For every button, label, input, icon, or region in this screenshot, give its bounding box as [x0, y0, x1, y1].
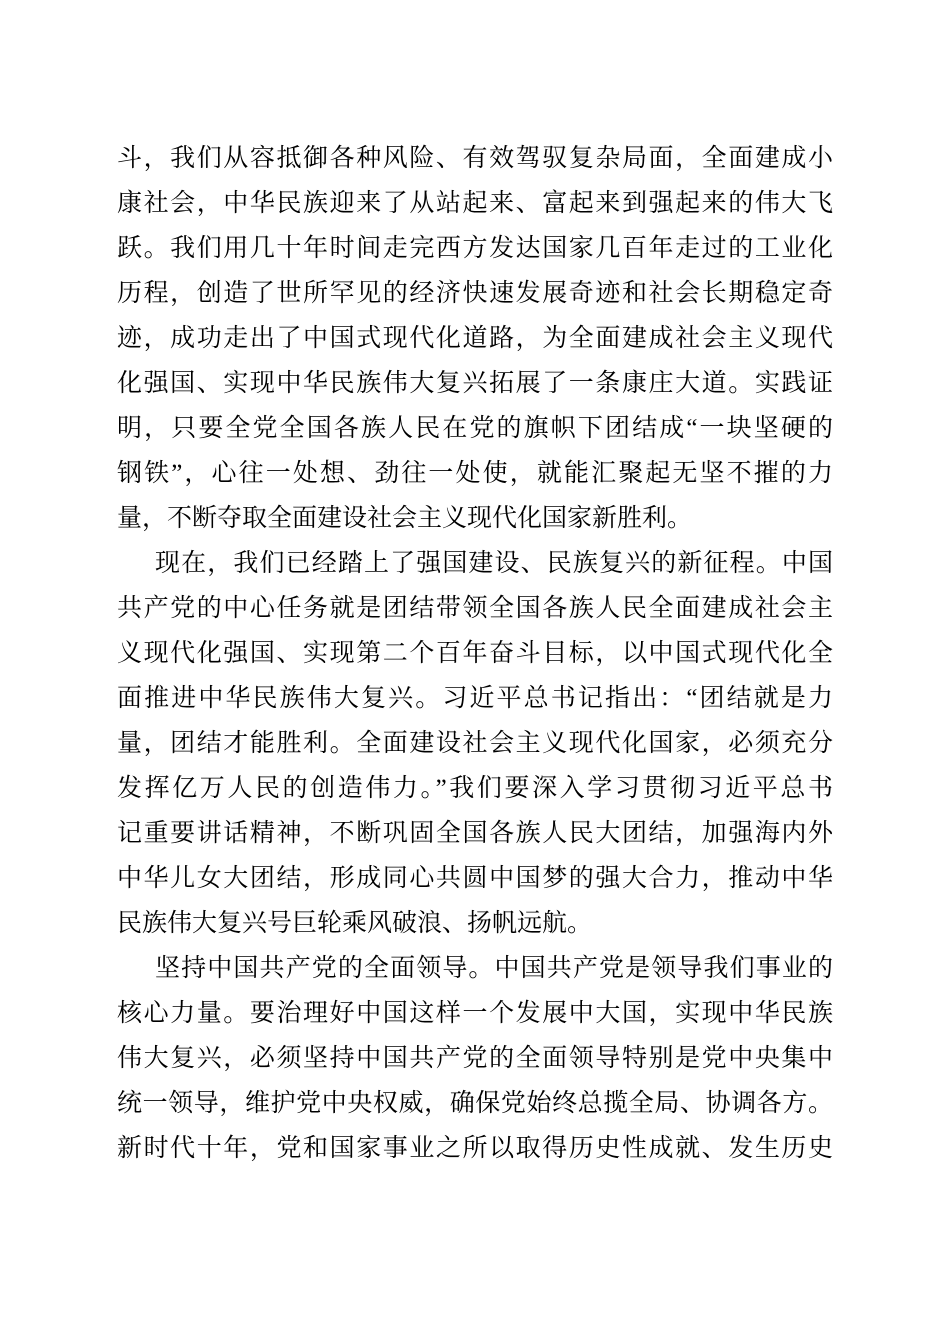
text-line: 记重要讲话精神，不断巩固全国各族人民大团结，加强海内外	[117, 811, 833, 856]
text-line: 发挥亿万人民的创造伟力。”我们要深入学习贯彻习近平总书	[117, 766, 833, 811]
text-line: 迹，成功走出了中国式现代化道路，为全面建成社会主义现代	[117, 316, 833, 361]
document-page: 斗，我们从容抵御各种风险、有效驾驭复杂局面，全面建成小 康社会，中华民族迎来了从…	[0, 0, 950, 1344]
text-line: 康社会，中华民族迎来了从站起来、富起来到强起来的伟大飞	[117, 181, 833, 226]
text-line: 义现代化强国、实现第二个百年奋斗目标，以中国式现代化全	[117, 631, 833, 676]
text-line: 量，团结才能胜利。全面建设社会主义现代化国家，必须充分	[117, 721, 833, 766]
text-line: 钢铁”，心往一处想、劲往一处使，就能汇聚起无坚不摧的力	[117, 451, 833, 496]
text-line: 坚持中国共产党的全面领导。中国共产党是领导我们事业的	[117, 946, 833, 991]
text-line: 化强国、实现中华民族伟大复兴拓展了一条康庄大道。实践证	[117, 361, 833, 406]
text-line: 民族伟大复兴号巨轮乘风破浪、扬帆远航。	[117, 901, 833, 946]
text-line: 跃。我们用几十年时间走完西方发达国家几百年走过的工业化	[117, 226, 833, 271]
text-line: 量，不断夺取全面建设社会主义现代化国家新胜利。	[117, 496, 833, 541]
text-line: 共产党的中心任务就是团结带领全国各族人民全面建成社会主	[117, 586, 833, 631]
text-line: 明，只要全党全国各族人民在党的旗帜下团结成“一块坚硬的	[117, 406, 833, 451]
text-line: 历程，创造了世所罕见的经济快速发展奇迹和社会长期稳定奇	[117, 271, 833, 316]
document-body: 斗，我们从容抵御各种风险、有效驾驭复杂局面，全面建成小 康社会，中华民族迎来了从…	[117, 136, 833, 1171]
text-line: 现在，我们已经踏上了强国建设、民族复兴的新征程。中国	[117, 541, 833, 586]
text-line: 伟大复兴，必须坚持中国共产党的全面领导特别是党中央集中	[117, 1036, 833, 1081]
text-line: 斗，我们从容抵御各种风险、有效驾驭复杂局面，全面建成小	[117, 136, 833, 181]
text-line: 统一领导，维护党中央权威，确保党始终总揽全局、协调各方。	[117, 1081, 833, 1126]
text-line: 新时代十年，党和国家事业之所以取得历史性成就、发生历史	[117, 1126, 833, 1171]
text-line: 面推进中华民族伟大复兴。习近平总书记指出：“团结就是力	[117, 676, 833, 721]
text-line: 核心力量。要治理好中国这样一个发展中大国，实现中华民族	[117, 991, 833, 1036]
text-line: 中华儿女大团结，形成同心共圆中国梦的强大合力，推动中华	[117, 856, 833, 901]
